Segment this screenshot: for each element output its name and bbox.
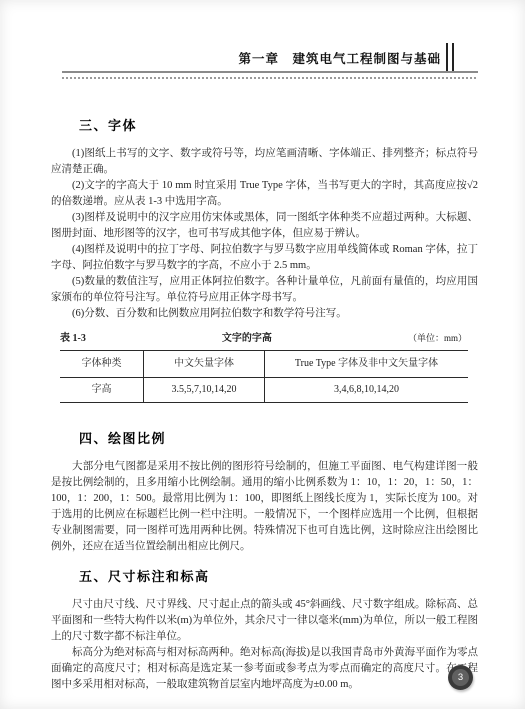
paragraph: (1)图纸上书写的文字、数字或符号等，均应笔画清晰、字体端正、排列整齐；标点符号…: [51, 146, 478, 178]
header-rule-solid: [62, 71, 478, 73]
paragraph: (6)分数、百分数和比例数应用阿拉伯数字和数学符号注写。: [51, 306, 478, 322]
paragraph: 标高分为绝对标高与相对标高两种。绝对标高(海拔)是以我国青岛市外黄海平面作为零点…: [51, 645, 478, 693]
paragraph: (5)数量的数值注写，应用正体阿拉伯数字。各种计量单位，凡前面有量值的，均应用国…: [51, 274, 478, 306]
spacer: [51, 403, 478, 409]
table-header-row: 字体种类 中文矢量字体 True Type 字体及非中文矢量字体: [60, 351, 468, 378]
chapter-running-title: 第一章 建筑电气工程制图与基础: [238, 49, 441, 67]
header-rule-dotted: [62, 77, 478, 79]
table-header-cell: 中文矢量字体: [144, 351, 265, 378]
table-unit-note: （单位：mm）: [408, 330, 467, 346]
book-page: 第一章 建筑电气工程制图与基础 三、字体 (1)图纸上书写的文字、数字或符号等，…: [0, 0, 525, 709]
font-height-table: 字体种类 中文矢量字体 True Type 字体及非中文矢量字体 字高 3.5,…: [60, 350, 468, 403]
table-title: 文字的字高: [86, 331, 408, 347]
paragraph: (2)文字的字高大于 10 mm 时宜采用 True Type 字体，当书写更大…: [51, 178, 478, 210]
table-label: 表 1-3: [60, 331, 86, 347]
section-heading-scale: 四、绘图比例: [79, 431, 478, 447]
table-header-cell: True Type 字体及非中文矢量字体: [265, 351, 469, 378]
paragraph: (3)图样及说明中的汉字应用仿宋体或黑体，同一图纸字体种类不应超过两种。大标题、…: [51, 210, 478, 242]
header-double-bar-ornament: [446, 43, 454, 72]
paragraph: (4)图样及说明中的拉丁字母、阿拉伯数字与罗马数字应用单线简体或 Roman 字…: [51, 242, 478, 274]
table-caption-row: 表 1-3 文字的字高 （单位：mm）: [51, 330, 478, 344]
table-header-cell: 字体种类: [60, 351, 144, 378]
table-row: 字高 3.5,5,7,10,14,20 3,4,6,8,10,14,20: [60, 378, 468, 403]
table-cell: 3.5,5,7,10,14,20: [144, 378, 265, 403]
table-cell: 3,4,6,8,10,14,20: [265, 378, 469, 403]
section-heading-dimensions: 五、尺寸标注和标高: [79, 569, 478, 585]
paragraph: 大部分电气图都是采用不按比例的图形符号绘制的，但施工平面图、电气构建详图一般是按…: [51, 459, 478, 555]
table-cell: 字高: [60, 378, 144, 403]
page-number: 3: [452, 669, 469, 686]
paragraph: 尺寸由尺寸线、尺寸界线、尺寸起止点的箭头或 45°斜画线、尺寸数字组成。除标高、…: [51, 597, 478, 645]
section-heading-fonts: 三、字体: [79, 118, 478, 134]
page-content: 三、字体 (1)图纸上书写的文字、数字或符号等，均应笔画清晰、字体端正、排列整齐…: [51, 118, 478, 693]
page-number-badge: 3: [448, 665, 473, 690]
